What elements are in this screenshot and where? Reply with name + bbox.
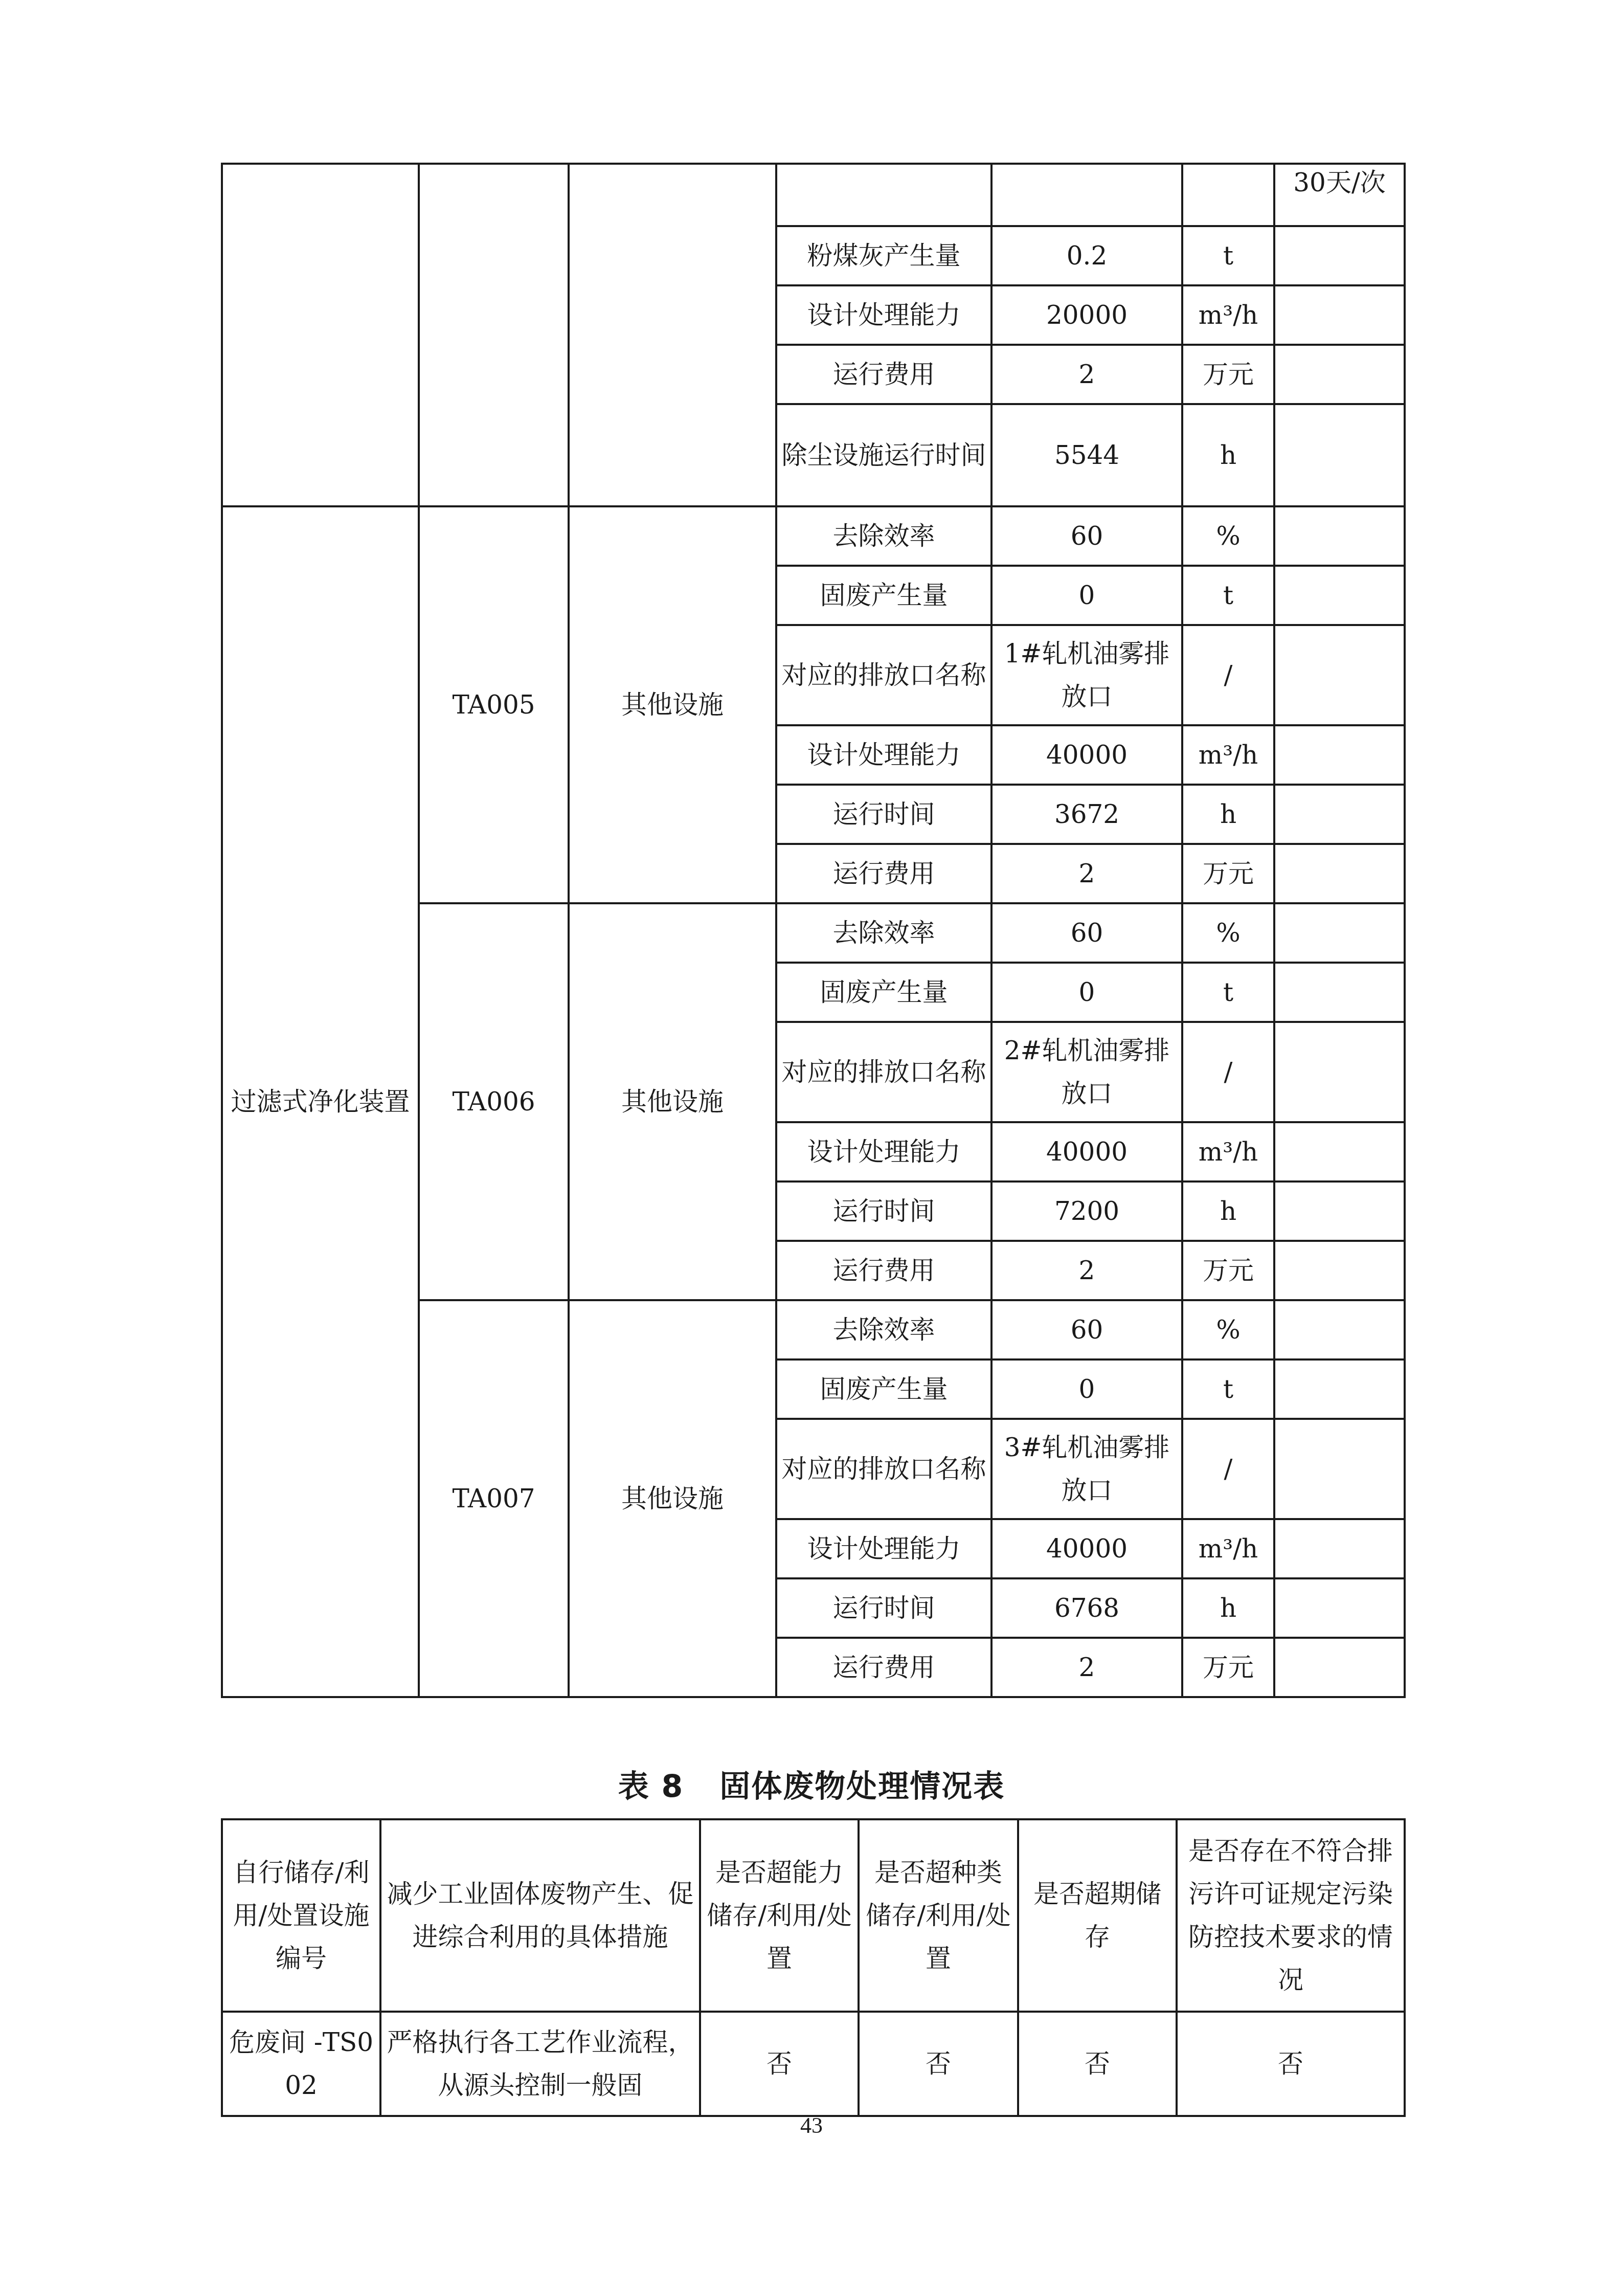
table-caption: 表 8固体废物处理情况表 — [0, 1762, 1623, 1806]
facility-type-cell: 过滤式净化装置 — [222, 506, 419, 1697]
noncompliance-cell: 否 — [1177, 2012, 1405, 2116]
over-type-cell: 否 — [859, 2012, 1018, 2116]
param-note — [1274, 506, 1405, 566]
param-item: 运行时间 — [776, 1182, 991, 1241]
param-unit: m³/h — [1182, 1519, 1274, 1578]
param-unit — [1182, 164, 1274, 226]
column-header: 是否超期储存 — [1018, 1819, 1177, 2012]
param-note — [1274, 1241, 1405, 1300]
param-value: 40000 — [991, 725, 1182, 785]
measures-cell: 严格执行各工艺作业流程，从源头控制一般固 — [380, 2012, 700, 2116]
param-note — [1274, 226, 1405, 285]
param-unit: 万元 — [1182, 1638, 1274, 1697]
param-note — [1274, 1300, 1405, 1359]
param-note — [1274, 844, 1405, 903]
table-caption-title: 固体废物处理情况表 — [719, 1769, 1005, 1804]
param-note — [1274, 345, 1405, 404]
param-item: 固废产生量 — [776, 963, 991, 1022]
param-note — [1274, 903, 1405, 963]
column-header: 自行储存/利用/处置设施编号 — [222, 1819, 380, 2012]
param-note — [1274, 1578, 1405, 1638]
param-item: 固废产生量 — [776, 566, 991, 625]
param-item: 对应的排放口名称 — [776, 1022, 991, 1122]
param-value: 2 — [991, 1241, 1182, 1300]
param-unit: h — [1182, 1182, 1274, 1241]
param-item: 除尘设施运行时间 — [776, 404, 991, 506]
param-note — [1274, 1359, 1405, 1419]
param-value: 60 — [991, 903, 1182, 963]
facility-params-table: 30天/次 粉煤灰产生量 0.2 t 设计处理能力 20000 m³/h 运行费… — [221, 163, 1406, 1698]
param-note — [1274, 785, 1405, 844]
param-value: 7200 — [991, 1182, 1182, 1241]
param-value: 20000 — [991, 285, 1182, 345]
param-unit: t — [1182, 226, 1274, 285]
facility-code-cell: TA007 — [419, 1300, 569, 1697]
over-period-cell: 否 — [1018, 2012, 1177, 2116]
column-header: 减少工业固体废物产生、促进综合利用的具体措施 — [380, 1819, 700, 2012]
param-unit: / — [1182, 1022, 1274, 1122]
param-unit: t — [1182, 566, 1274, 625]
param-item — [776, 164, 991, 226]
param-note — [1274, 1182, 1405, 1241]
param-value: 2 — [991, 844, 1182, 903]
param-value: 3#轧机油雾排放口 — [991, 1419, 1182, 1519]
param-note — [1274, 1022, 1405, 1122]
param-note: 30天/次 — [1274, 164, 1405, 226]
param-item: 运行时间 — [776, 1578, 991, 1638]
param-item: 设计处理能力 — [776, 285, 991, 345]
param-note — [1274, 285, 1405, 345]
param-item: 固废产生量 — [776, 1359, 991, 1419]
param-note — [1274, 963, 1405, 1022]
table-row: 过滤式净化装置 TA005 其他设施 去除效率 60 % — [222, 506, 1405, 566]
facility-code-cell: TA006 — [419, 903, 569, 1300]
param-item: 运行费用 — [776, 1638, 991, 1697]
param-item: 对应的排放口名称 — [776, 1419, 991, 1519]
param-note — [1274, 1122, 1405, 1182]
param-unit: 万元 — [1182, 345, 1274, 404]
facility-category-cell: 其他设施 — [569, 506, 776, 903]
param-value: 5544 — [991, 404, 1182, 506]
param-value: 0 — [991, 566, 1182, 625]
param-unit: m³/h — [1182, 285, 1274, 345]
param-note — [1274, 404, 1405, 506]
param-unit: / — [1182, 1419, 1274, 1519]
param-value — [991, 164, 1182, 226]
table-caption-number: 表 8 — [618, 1769, 684, 1804]
param-item: 去除效率 — [776, 506, 991, 566]
param-unit: % — [1182, 1300, 1274, 1359]
param-unit: m³/h — [1182, 725, 1274, 785]
table-row: 危废间 -TS002 严格执行各工艺作业流程，从源头控制一般固 否 否 否 否 — [222, 2012, 1405, 2116]
param-value: 2 — [991, 1638, 1182, 1697]
facility-category-cell: 其他设施 — [569, 903, 776, 1300]
param-item: 对应的排放口名称 — [776, 625, 991, 725]
param-note — [1274, 566, 1405, 625]
param-note — [1274, 1419, 1405, 1519]
param-note — [1274, 625, 1405, 725]
param-item: 设计处理能力 — [776, 1519, 991, 1578]
param-unit: / — [1182, 625, 1274, 725]
param-item: 设计处理能力 — [776, 1122, 991, 1182]
param-value: 0 — [991, 963, 1182, 1022]
facility-code-cell: TA005 — [419, 506, 569, 903]
param-value: 3672 — [991, 785, 1182, 844]
param-value: 0 — [991, 1359, 1182, 1419]
param-note — [1274, 725, 1405, 785]
param-value: 6768 — [991, 1578, 1182, 1638]
param-item: 运行费用 — [776, 1241, 991, 1300]
column-header: 是否超种类储存/利用/处置 — [859, 1819, 1018, 2012]
param-unit: % — [1182, 506, 1274, 566]
param-value: 1#轧机油雾排放口 — [991, 625, 1182, 725]
param-unit: h — [1182, 404, 1274, 506]
param-item: 运行时间 — [776, 785, 991, 844]
table-header-row: 自行储存/利用/处置设施编号 减少工业固体废物产生、促进综合利用的具体措施 是否… — [222, 1819, 1405, 2012]
solid-waste-table: 自行储存/利用/处置设施编号 减少工业固体废物产生、促进综合利用的具体措施 是否… — [221, 1818, 1406, 2117]
param-item: 运行费用 — [776, 345, 991, 404]
facility-code-cell: 危废间 -TS002 — [222, 2012, 380, 2116]
page-number: 43 — [0, 2112, 1623, 2138]
param-value: 2#轧机油雾排放口 — [991, 1022, 1182, 1122]
param-value: 40000 — [991, 1519, 1182, 1578]
param-note — [1274, 1638, 1405, 1697]
param-item: 设计处理能力 — [776, 725, 991, 785]
param-item: 运行费用 — [776, 844, 991, 903]
facility-category-cell-blank — [569, 164, 776, 506]
param-item: 粉煤灰产生量 — [776, 226, 991, 285]
column-header: 是否超能力储存/利用/处置 — [700, 1819, 859, 2012]
param-item: 去除效率 — [776, 1300, 991, 1359]
param-unit: 万元 — [1182, 844, 1274, 903]
param-unit: m³/h — [1182, 1122, 1274, 1182]
param-item: 去除效率 — [776, 903, 991, 963]
param-value: 60 — [991, 506, 1182, 566]
param-note — [1274, 1519, 1405, 1578]
param-unit: % — [1182, 903, 1274, 963]
facility-category-cell: 其他设施 — [569, 1300, 776, 1697]
over-capacity-cell: 否 — [700, 2012, 859, 2116]
param-unit: h — [1182, 1578, 1274, 1638]
column-header: 是否存在不符合排污许可证规定污染防控技术要求的情况 — [1177, 1819, 1405, 2012]
param-unit: t — [1182, 963, 1274, 1022]
param-unit: 万元 — [1182, 1241, 1274, 1300]
table-row: 30天/次 — [222, 164, 1405, 226]
param-value: 40000 — [991, 1122, 1182, 1182]
param-unit: t — [1182, 1359, 1274, 1419]
param-unit: h — [1182, 785, 1274, 844]
param-value: 0.2 — [991, 226, 1182, 285]
facility-type-cell-blank — [222, 164, 419, 506]
facility-code-cell-blank — [419, 164, 569, 506]
param-value: 60 — [991, 1300, 1182, 1359]
param-value: 2 — [991, 345, 1182, 404]
